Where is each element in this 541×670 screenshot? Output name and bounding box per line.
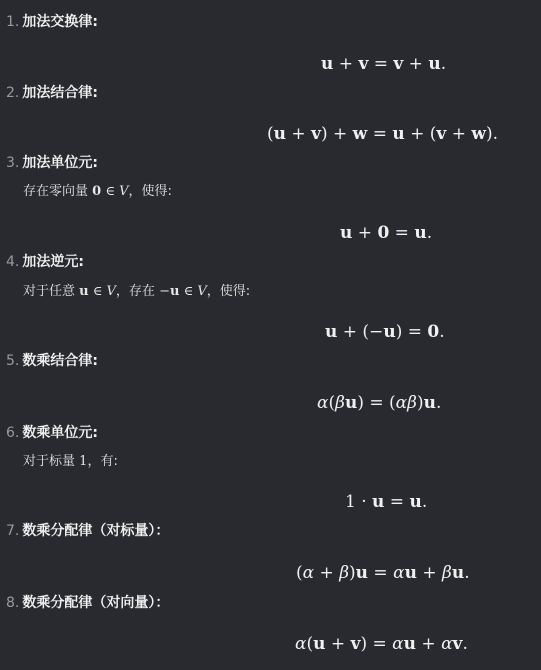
- list-number: 5.: [6, 353, 19, 369]
- axiom-4-heading: 4.加法逆元:: [6, 253, 84, 271]
- axiom-title: 数乘单位元:: [22, 425, 98, 441]
- axiom-title: 数乘分配律（对标量）：: [22, 523, 169, 539]
- list-number: 6.: [6, 425, 19, 441]
- list-number: 7.: [6, 523, 19, 539]
- axiom-title: 数乘分配律（对向量）：: [22, 595, 169, 611]
- axiom-title: 加法交换律:: [22, 14, 98, 30]
- axiom-title: 数乘结合律:: [22, 353, 98, 369]
- equation-scalar-associativity: α(βu) = (αβ)u.: [317, 392, 441, 414]
- equation-scalar-identity: 1 · u = u.: [345, 491, 427, 513]
- axiom-1-heading: 1.加法交换律:: [6, 13, 98, 31]
- axiom-6-description: 对于标量 1，有:: [23, 453, 118, 471]
- axiom-2-heading: 2.加法结合律:: [6, 84, 98, 102]
- equation-additive-inverse: u + (−u) = 0.: [325, 321, 445, 343]
- axiom-8-heading: 8.数乘分配律（对向量）：: [6, 594, 169, 612]
- equation-scalar-distributivity: (α + β)u = αu + βu.: [296, 562, 470, 584]
- list-number: 1.: [6, 14, 19, 30]
- axiom-title: 加法逆元:: [22, 254, 84, 270]
- axiom-7-heading: 7.数乘分配律（对标量）：: [6, 522, 169, 540]
- axiom-title: 加法结合律:: [22, 85, 98, 101]
- axiom-3-heading: 3.加法单位元:: [6, 154, 98, 172]
- equation-additive-identity: u + 0 = u.: [340, 222, 432, 244]
- list-number: 8.: [6, 595, 19, 611]
- axiom-3-description: 存在零向量 0 ∈ V，使得:: [23, 183, 172, 201]
- equation-vector-distributivity: α(u + v) = αu + αv.: [295, 633, 468, 655]
- list-number: 3.: [6, 155, 19, 171]
- list-number: 4.: [6, 254, 19, 270]
- axiom-4-description: 对于任意 u ∈ V，存在 −u ∈ V，使得:: [23, 283, 250, 301]
- equation-commutativity: u + v = v + u.: [321, 53, 446, 75]
- axiom-5-heading: 5.数乘结合律:: [6, 352, 98, 370]
- equation-associativity: (u + v) + w = u + (v + w).: [267, 123, 498, 145]
- axiom-title: 加法单位元:: [22, 155, 98, 171]
- list-number: 2.: [6, 85, 19, 101]
- axiom-6-heading: 6.数乘单位元:: [6, 424, 98, 442]
